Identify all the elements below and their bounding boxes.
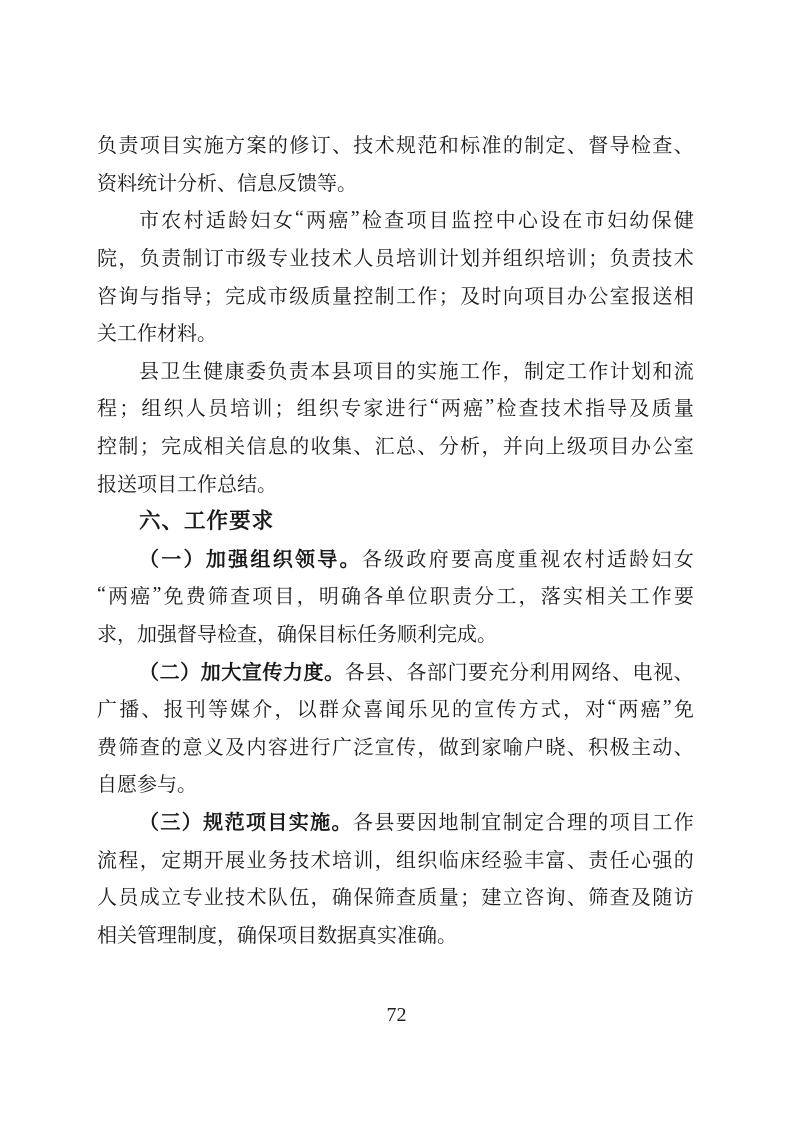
- text-line: 县卫生健康委负责本县项目的实施工作，制定工作计划和流: [97, 351, 694, 389]
- text-line: （二）加大宣传力度。各县、各部门要充分利用网络、电视、: [97, 651, 694, 689]
- text-line: （一）加强组织领导。各级政府要高度重视农村适龄妇女: [97, 539, 694, 577]
- text-line: （三）规范项目实施。各县要因地制宜制定合理的项目工作: [97, 802, 694, 840]
- section-heading: 六、工作要求: [97, 501, 694, 539]
- text-line: 人员成立专业技术队伍，确保筛查质量；建立咨询、筛查及随访: [97, 877, 694, 915]
- text-line: 费筛查的意义及内容进行广泛宣传，做到家喻户晓、积极主动、: [97, 727, 694, 765]
- text-line: 流程，定期开展业务技术培训，组织临床经验丰富、责任心强的: [97, 839, 694, 877]
- page-number: 72: [0, 1004, 793, 1027]
- text-line: 控制；完成相关信息的收集、汇总、分析，并向上级项目办公室: [97, 426, 694, 464]
- text-line: 院，负责制订市级专业技术人员培训计划并组织培训；负责技术: [97, 238, 694, 276]
- text-line: 相关管理制度，确保项目数据真实准确。: [97, 914, 694, 952]
- document-body: 负责项目实施方案的修订、技术规范和标准的制定、督导检查、资料统计分析、信息反馈等…: [97, 125, 694, 952]
- text-line: 自愿参与。: [97, 764, 694, 802]
- text-line: 求，加强督导检查，确保目标任务顺利完成。: [97, 614, 694, 652]
- text-line: 资料统计分析、信息反馈等。: [97, 163, 694, 201]
- text-line: 市农村适龄妇女“两癌”检查项目监控中心设在市妇幼保健: [97, 200, 694, 238]
- document-page: 负责项目实施方案的修订、技术规范和标准的制定、督导检查、资料统计分析、信息反馈等…: [0, 0, 793, 1122]
- text-line: 咨询与指导；完成市级质量控制工作；及时向项目办公室报送相: [97, 275, 694, 313]
- text-line: 关工作材料。: [97, 313, 694, 351]
- text-line: 程；组织人员培训；组织专家进行“两癌”检查技术指导及质量: [97, 388, 694, 426]
- text-line: 广播、报刊等媒介，以群众喜闻乐见的宣传方式，对“两癌”免: [97, 689, 694, 727]
- text-line: 报送项目工作总结。: [97, 463, 694, 501]
- text-line: “两癌”免费筛查项目，明确各单位职责分工，落实相关工作要: [97, 576, 694, 614]
- text-line: 负责项目实施方案的修订、技术规范和标准的制定、督导检查、: [97, 125, 694, 163]
